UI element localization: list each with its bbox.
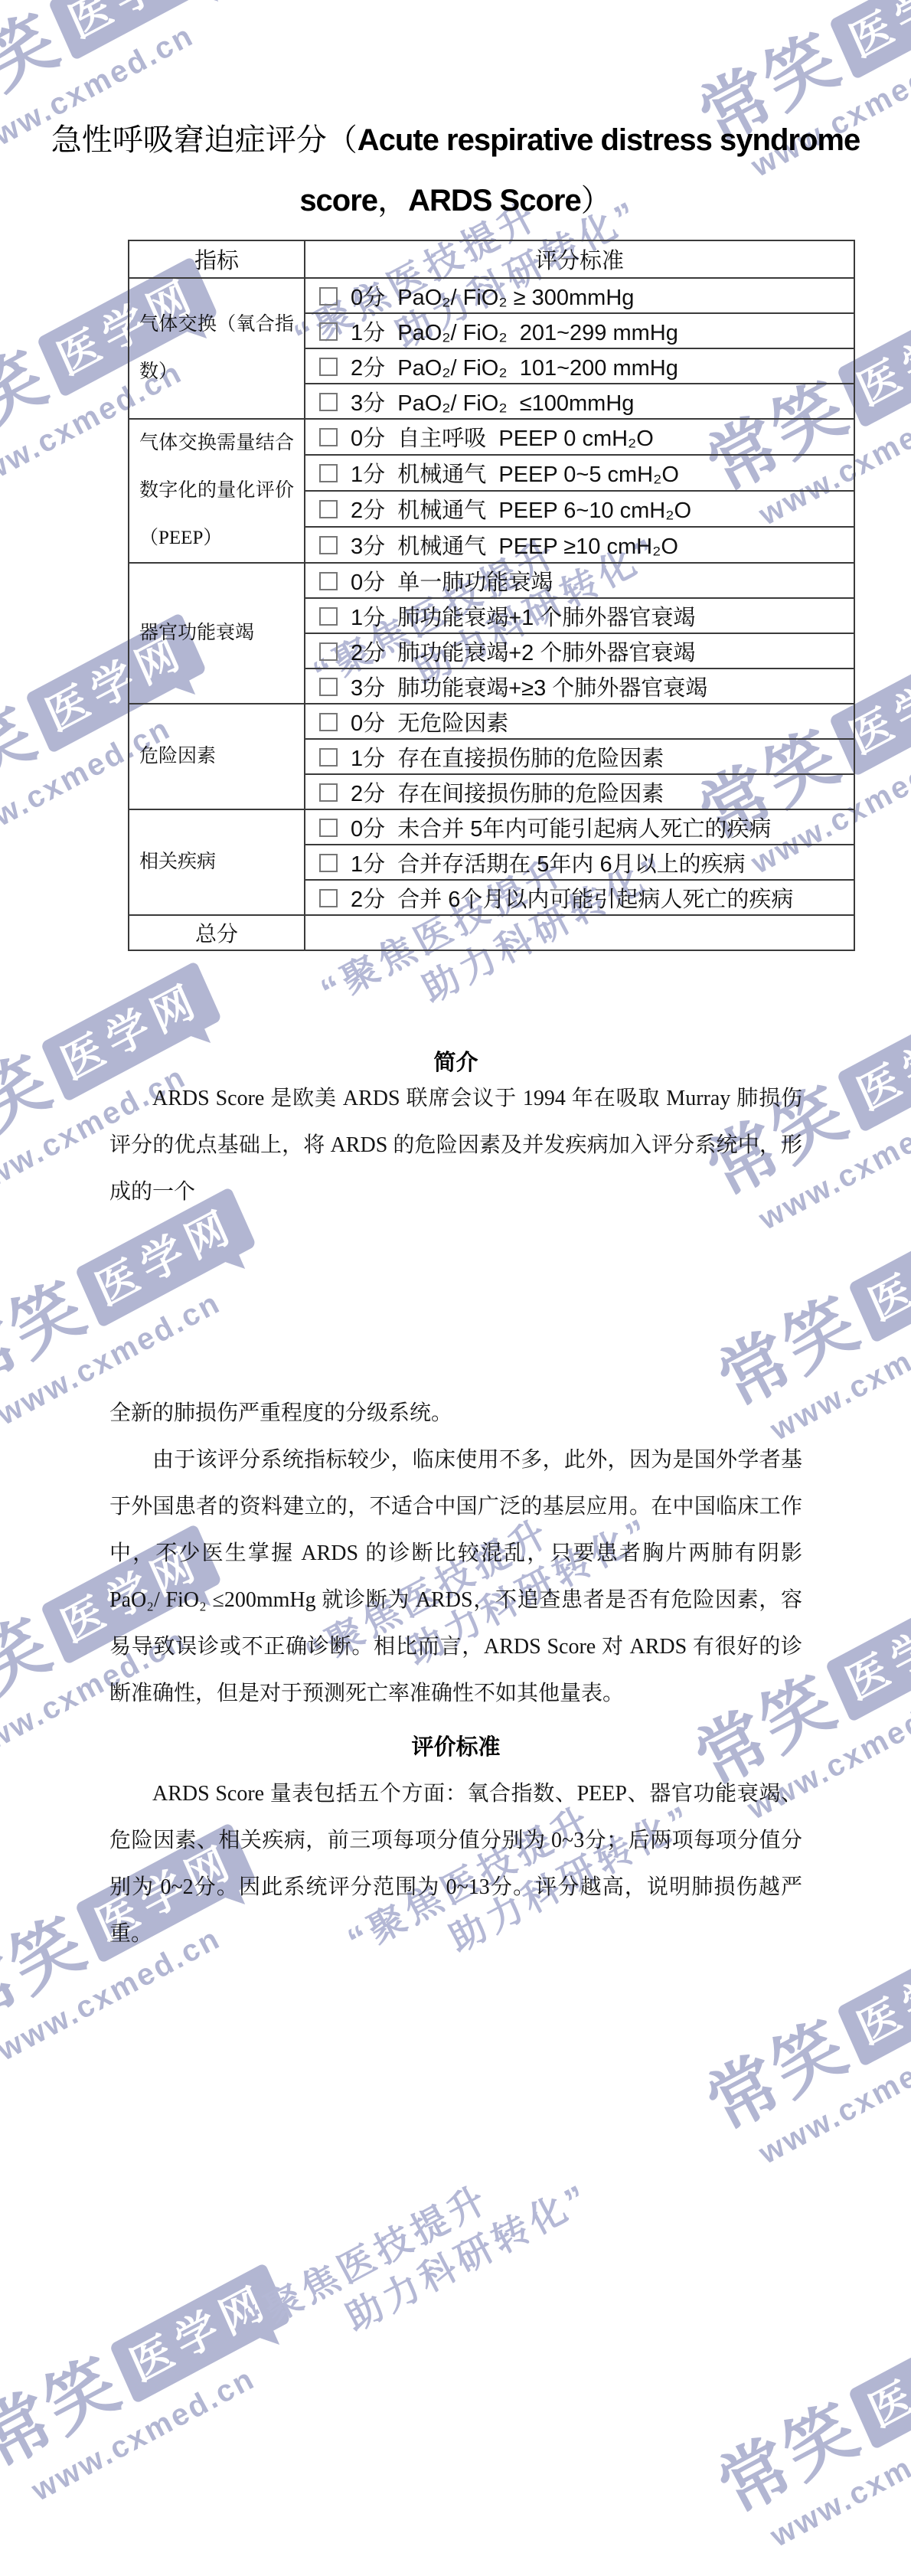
criterion-text: 0分 PaO₂/ FiO₂ ≥ 300mmHg: [351, 286, 634, 310]
criterion-cell: 1分 PaO₂/ FiO₂ 201~299 mmHg: [305, 313, 854, 348]
checkbox-icon: [319, 287, 338, 306]
checkbox-icon: [319, 500, 338, 518]
checkbox-icon: [319, 642, 338, 661]
table-header-row: 指标 评分标准: [129, 240, 854, 278]
header-indicator: 指标: [129, 240, 305, 278]
criterion-cell: 0分 未合并 5年内可能引起病人死亡的疾病: [305, 809, 854, 845]
title-en-line2a: score: [299, 184, 377, 217]
title-zh-close: ）: [581, 183, 612, 217]
title-en-line2b: ARDS Score: [408, 184, 581, 217]
document-page: 常笑医学网www.cxmed.cn常笑医学网www.cxmed.cn常笑医学网w…: [0, 0, 911, 2576]
checkbox-icon: [319, 607, 338, 626]
group-label-risk-factors: 危险因素: [129, 704, 305, 809]
group-label-organ-failure: 器官功能衰竭: [129, 563, 305, 704]
table-row: 气体交换（氧合指数） 0分 PaO₂/ FiO₂ ≥ 300mmHg: [129, 278, 854, 313]
criterion-text: 0分 未合并 5年内可能引起病人死亡的疾病: [351, 817, 771, 842]
title-line-2: score，ARDS Score）: [0, 174, 911, 234]
criterion-text: 3分 肺功能衰竭+≥3 个肺外器官衰竭: [351, 676, 707, 701]
criterion-text: 2分 合并 6个月以内可能引起病人死亡的疾病: [351, 888, 793, 912]
checkbox-icon: [319, 428, 338, 446]
checkbox-icon: [319, 322, 338, 341]
criterion-cell: 2分 PaO₂/ FiO₂ 101~200 mmHg: [305, 348, 854, 384]
checkbox-icon: [319, 678, 338, 696]
checkbox-icon: [319, 572, 338, 590]
checkbox-icon: [319, 783, 338, 802]
table-row: 危险因素 0分 无危险因素: [129, 704, 854, 739]
table-row: 器官功能衰竭 0分 单一肺功能衰竭: [129, 563, 854, 598]
paragraph-text: ARDS Score 量表包括五个方面：氧合指数、PEEP、器官功能衰竭、危险因…: [109, 1770, 802, 1957]
criterion-text: 0分 单一肺功能衰竭: [351, 570, 553, 595]
criterion-cell: 1分 合并存活期在 5年内 6月以上的疾病: [305, 845, 854, 880]
criterion-cell: 2分 机械通气 PEEP 6~10 cmH₂O: [305, 491, 854, 527]
criterion-text: 3分 机械通气 PEEP ≥10 cmH₂O: [351, 534, 678, 559]
paragraph-text: ARDS Score 是欧美 ARDS 联席会议于 1994 年在吸取 Murr…: [109, 1075, 802, 1215]
criterion-cell: 0分 无危险因素: [305, 704, 854, 739]
table-row: 气体交换需量结合数字化的量化评价（PEEP） 0分 自主呼吸 PEEP 0 cm…: [129, 419, 854, 455]
criterion-text: 3分 PaO₂/ FiO₂ ≤100mmHg: [351, 391, 634, 416]
section-heading-criteria: 评价标准: [109, 1724, 802, 1771]
header-criteria: 评分标准: [305, 240, 854, 278]
checkbox-icon: [319, 536, 338, 554]
table-row: 相关疾病 0分 未合并 5年内可能引起病人死亡的疾病: [129, 809, 854, 845]
criterion-cell: 2分 肺功能衰竭+2 个肺外器官衰竭: [305, 633, 854, 669]
criterion-text: 0分 无危险因素: [351, 711, 508, 736]
criterion-cell: 0分 单一肺功能衰竭: [305, 563, 854, 598]
checkbox-icon: [319, 819, 338, 837]
criterion-cell: 0分 PaO₂/ FiO₂ ≥ 300mmHg: [305, 278, 854, 313]
criterion-text: 1分 机械通气 PEEP 0~5 cmH₂O: [351, 463, 679, 487]
criterion-text: 0分 自主呼吸 PEEP 0 cmH₂O: [351, 427, 654, 451]
criterion-text: 1分 肺功能衰竭+1 个肺外器官衰竭: [351, 606, 695, 630]
checkbox-icon: [319, 854, 338, 872]
title-comma: ，: [377, 183, 408, 217]
checkbox-icon: [319, 889, 338, 907]
checkbox-icon: [319, 393, 338, 411]
title-zh-open: 急性呼吸窘迫症评分（: [51, 123, 358, 157]
criterion-text: 2分 存在间接损伤肺的危险因素: [351, 782, 664, 806]
group-label-gas-exchange: 气体交换（氧合指数）: [129, 278, 305, 419]
criterion-cell: 2分 存在间接损伤肺的危险因素: [305, 774, 854, 809]
criteria-paragraph: ARDS Score 量表包括五个方面：氧合指数、PEEP、器官功能衰竭、危险因…: [109, 1770, 802, 1957]
total-score-value: [305, 915, 854, 950]
criterion-cell: 2分 合并 6个月以内可能引起病人死亡的疾病: [305, 880, 854, 915]
criterion-cell: 0分 自主呼吸 PEEP 0 cmH₂O: [305, 419, 854, 455]
criterion-cell: 3分 肺功能衰竭+≥3 个肺外器官衰竭: [305, 669, 854, 704]
checkbox-icon: [319, 464, 338, 482]
criterion-cell: 1分 存在直接损伤肺的危险因素: [305, 739, 854, 774]
criterion-text: 2分 PaO₂/ FiO₂ 101~200 mmHg: [351, 356, 678, 381]
criterion-text: 2分 机械通气 PEEP 6~10 cmH₂O: [351, 499, 691, 523]
checkbox-icon: [319, 713, 338, 731]
title-en-line1: Acute respirative distress syndrome: [358, 123, 860, 157]
checkbox-icon: [319, 748, 338, 767]
criterion-cell: 1分 肺功能衰竭+1 个肺外器官衰竭: [305, 598, 854, 633]
checkbox-icon: [319, 358, 338, 376]
group-label-related-diseases: 相关疾病: [129, 809, 305, 915]
criterion-text: 1分 PaO₂/ FiO₂ 201~299 mmHg: [351, 321, 678, 345]
intro-paragraph-continued: 全新的肺损伤严重程度的分级系统。 由于该评分系统指标较少，临床使用不多，此外，因…: [109, 1390, 802, 1717]
paragraph-text: 由于该评分系统指标较少，临床使用不多，此外，因为是国外学者基于外国患者的资料建立…: [109, 1437, 802, 1717]
total-score-label: 总分: [129, 915, 305, 950]
criterion-cell: 3分 机械通气 PEEP ≥10 cmH₂O: [305, 527, 854, 563]
title-line-1: 急性呼吸窘迫症评分（Acute respirative distress syn…: [0, 113, 911, 174]
criterion-cell: 3分 PaO₂/ FiO₂ ≤100mmHg: [305, 384, 854, 419]
paragraph-text: 全新的肺损伤严重程度的分级系统。: [109, 1390, 802, 1437]
score-table: 指标 评分标准 气体交换（氧合指数） 0分 PaO₂/ FiO₂ ≥ 300mm…: [128, 240, 855, 951]
criterion-text: 1分 合并存活期在 5年内 6月以上的疾病: [351, 852, 746, 877]
page-title: 急性呼吸窘迫症评分（Acute respirative distress syn…: [0, 113, 911, 234]
group-label-peep: 气体交换需量结合数字化的量化评价（PEEP）: [129, 419, 305, 563]
criterion-text: 1分 存在直接损伤肺的危险因素: [351, 747, 664, 771]
criterion-text: 2分 肺功能衰竭+2 个肺外器官衰竭: [351, 641, 695, 665]
criterion-cell: 1分 机械通气 PEEP 0~5 cmH₂O: [305, 455, 854, 491]
table-row-total: 总分: [129, 915, 854, 950]
intro-paragraph-part1: ARDS Score 是欧美 ARDS 联席会议于 1994 年在吸取 Murr…: [109, 1075, 802, 1215]
